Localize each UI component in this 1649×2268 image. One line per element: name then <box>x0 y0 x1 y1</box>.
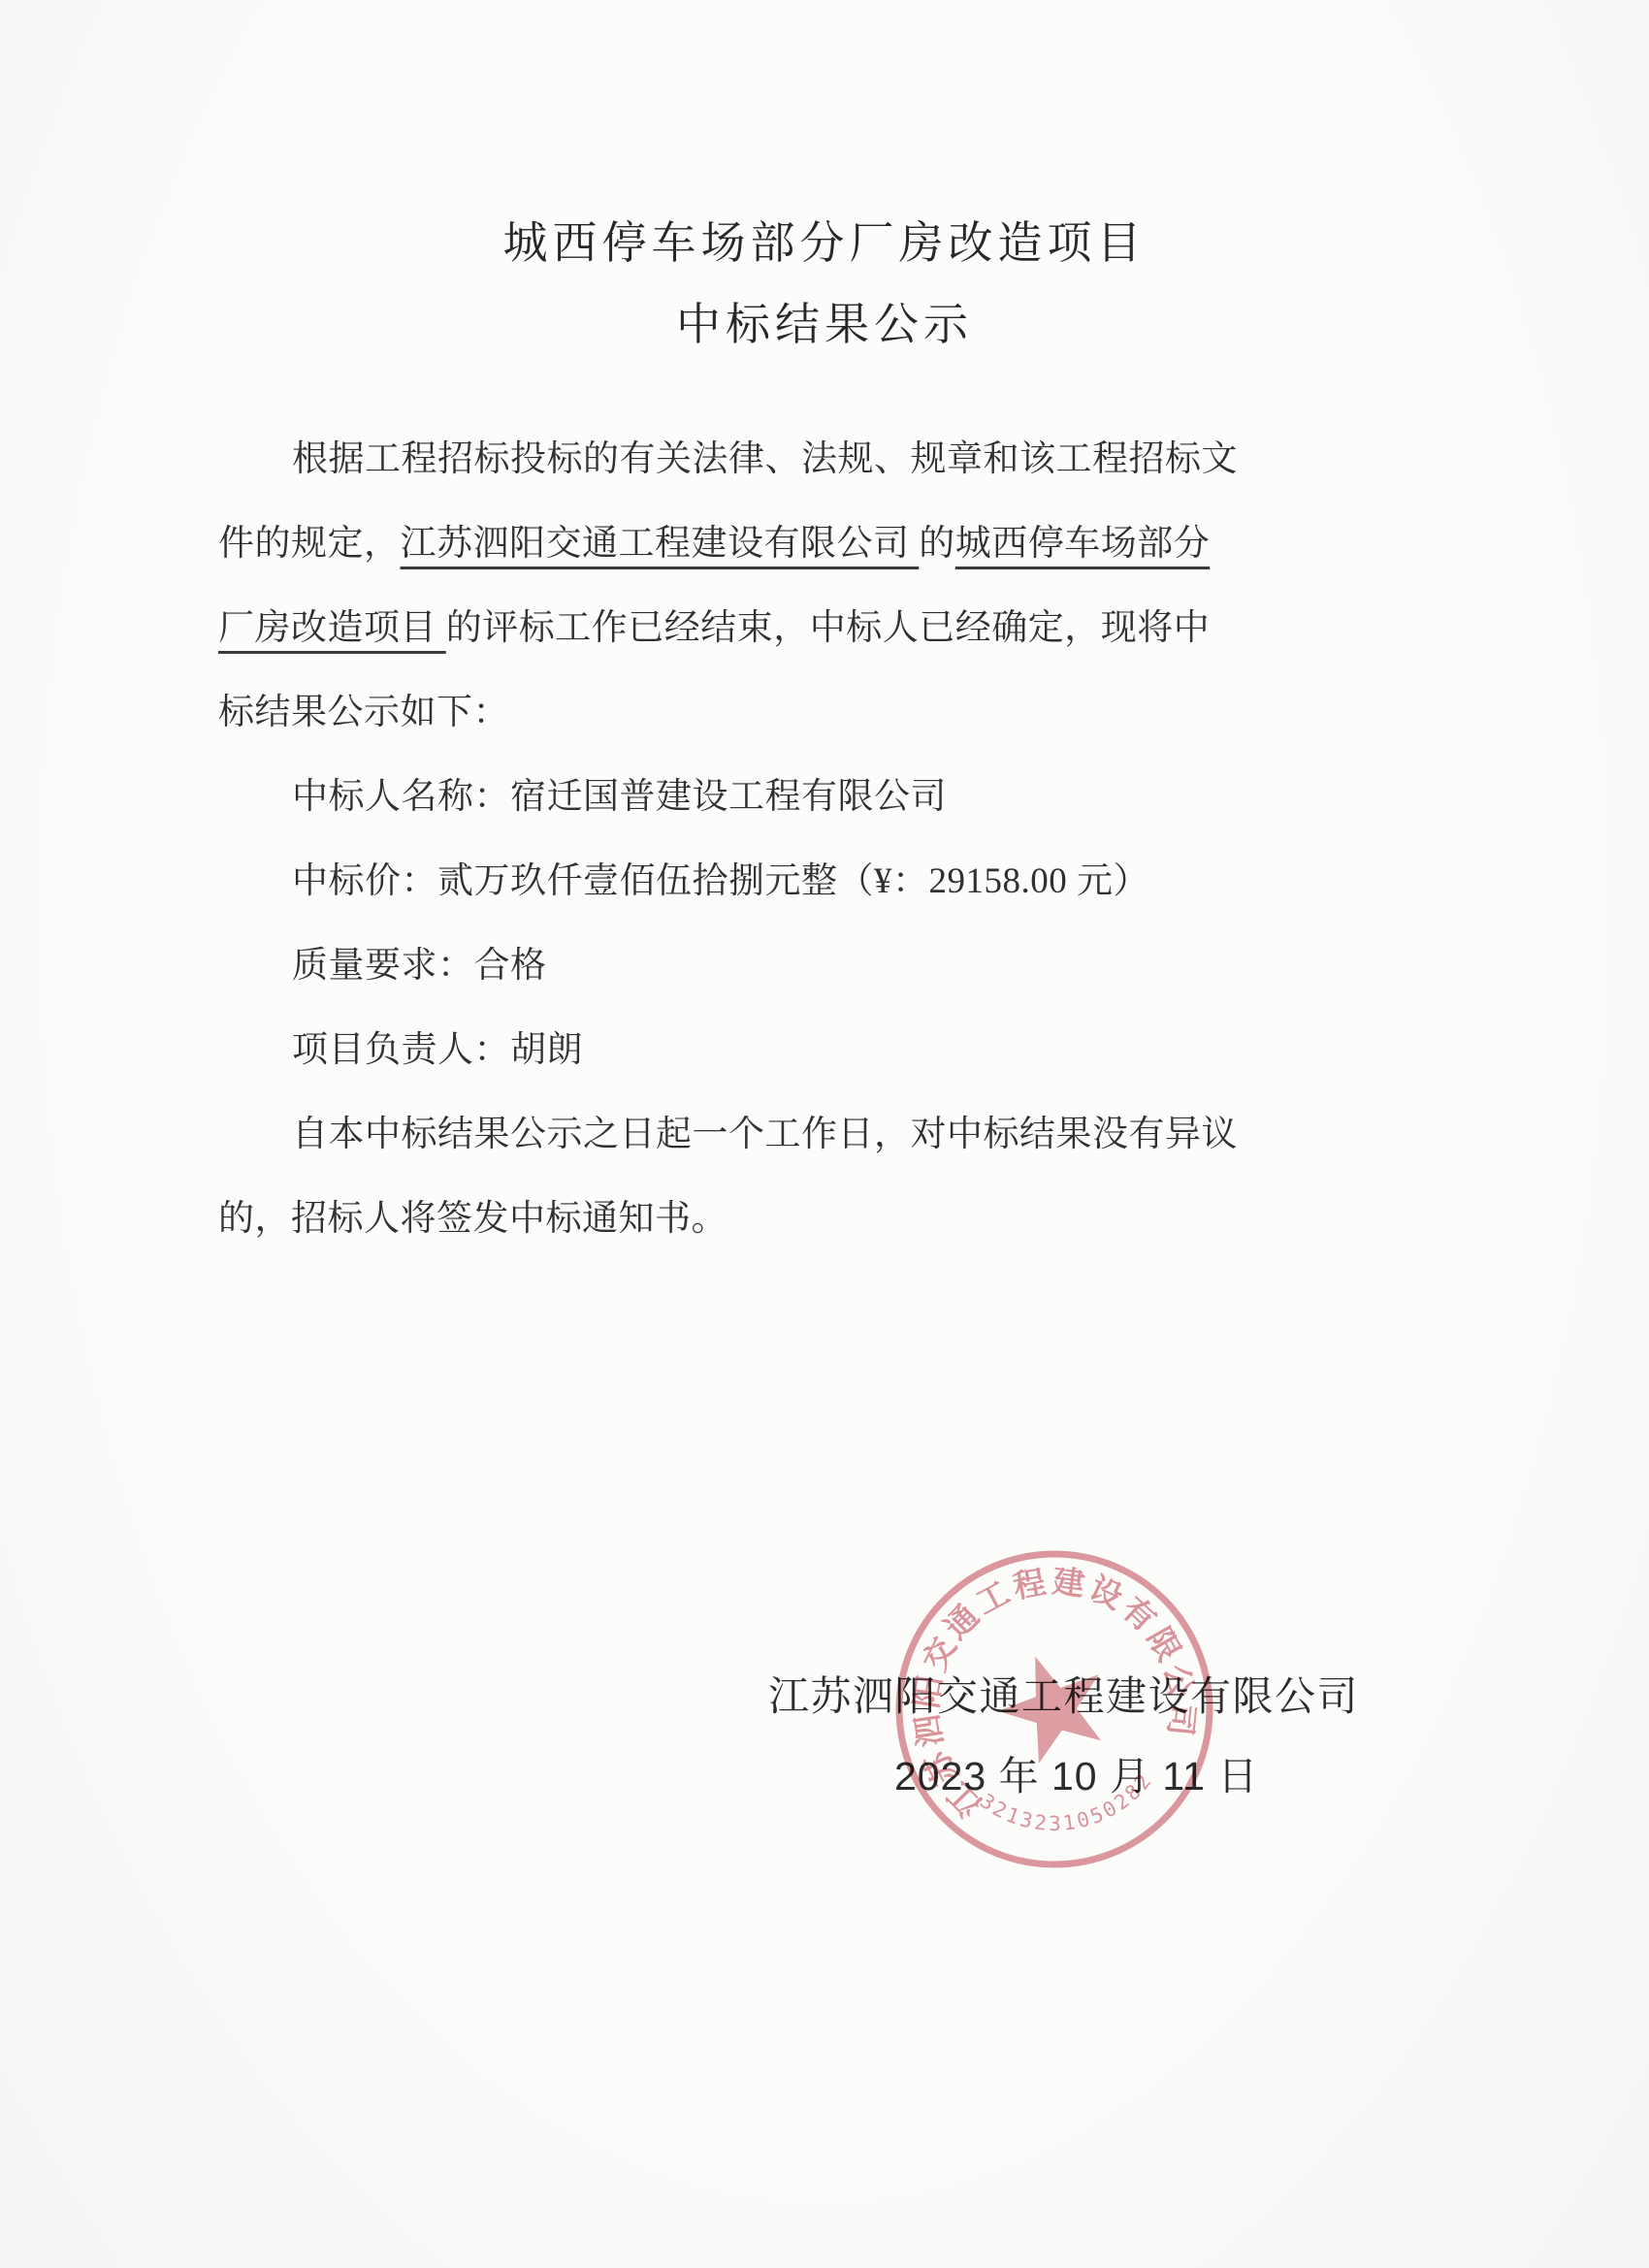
document-title-line2: 中标结果公示 <box>0 289 1649 353</box>
body-line-bid-price: 中标价：贰万玖仟壹佰伍拾捌元整（¥：29158.00 元） <box>218 839 1266 923</box>
seal-rotated-group: 江苏泗阳交通工程建设有限公司 3213231050282 <box>889 1544 1219 1874</box>
body-line-3: 厂房改造项目 的评标工作已经结束，中标人已经确定，现将中 <box>218 586 1266 670</box>
line2-plain-text: 的 <box>919 524 955 564</box>
body-line-10: 的，招标人将签发中标通知书。 <box>218 1177 1266 1261</box>
scanned-document-page: 城西停车场部分厂房改造项目 中标结果公示 根据工程招标投标的有关法律、法规、规章… <box>0 0 1649 2268</box>
body-line-project-leader: 项目负责人：胡朗 <box>218 1008 1266 1092</box>
line2-underlined-company: 江苏泗阳交通工程建设有限公司 <box>401 524 920 564</box>
body-line-winner-name: 中标人名称：宿迁国普建设工程有限公司 <box>218 755 1266 839</box>
body-line-quality: 质量要求：合格 <box>218 923 1266 1008</box>
body-line-1: 根据工程招标投标的有关法律、法规、规章和该工程招标文 <box>218 417 1266 502</box>
body-line-2: 件的规定，江苏泗阳交通工程建设有限公司 的城西停车场部分 <box>218 502 1266 586</box>
body-line-9: 自本中标结果公示之日起一个工作日，对中标结果没有异议 <box>218 1092 1266 1177</box>
line2-underlined-project: 城西停车场部分 <box>955 524 1211 564</box>
line3-underlined-project: 厂房改造项目 <box>218 608 446 648</box>
body-line-4: 标结果公示如下： <box>218 670 1266 755</box>
document-body: 根据工程招标投标的有关法律、法规、规章和该工程招标文 件的规定，江苏泗阳交通工程… <box>218 417 1266 1261</box>
seal-star-icon <box>985 1638 1120 1770</box>
line3-plain-text: 的评标工作已经结束，中标人已经确定，现将中 <box>446 608 1211 648</box>
line2-plain-text: 件的规定， <box>218 524 401 564</box>
document-title-line1: 城西停车场部分厂房改造项目 <box>0 208 1649 272</box>
company-seal-stamp-icon: 江苏泗阳交通工程建设有限公司 3213231050282 <box>889 1544 1219 1874</box>
